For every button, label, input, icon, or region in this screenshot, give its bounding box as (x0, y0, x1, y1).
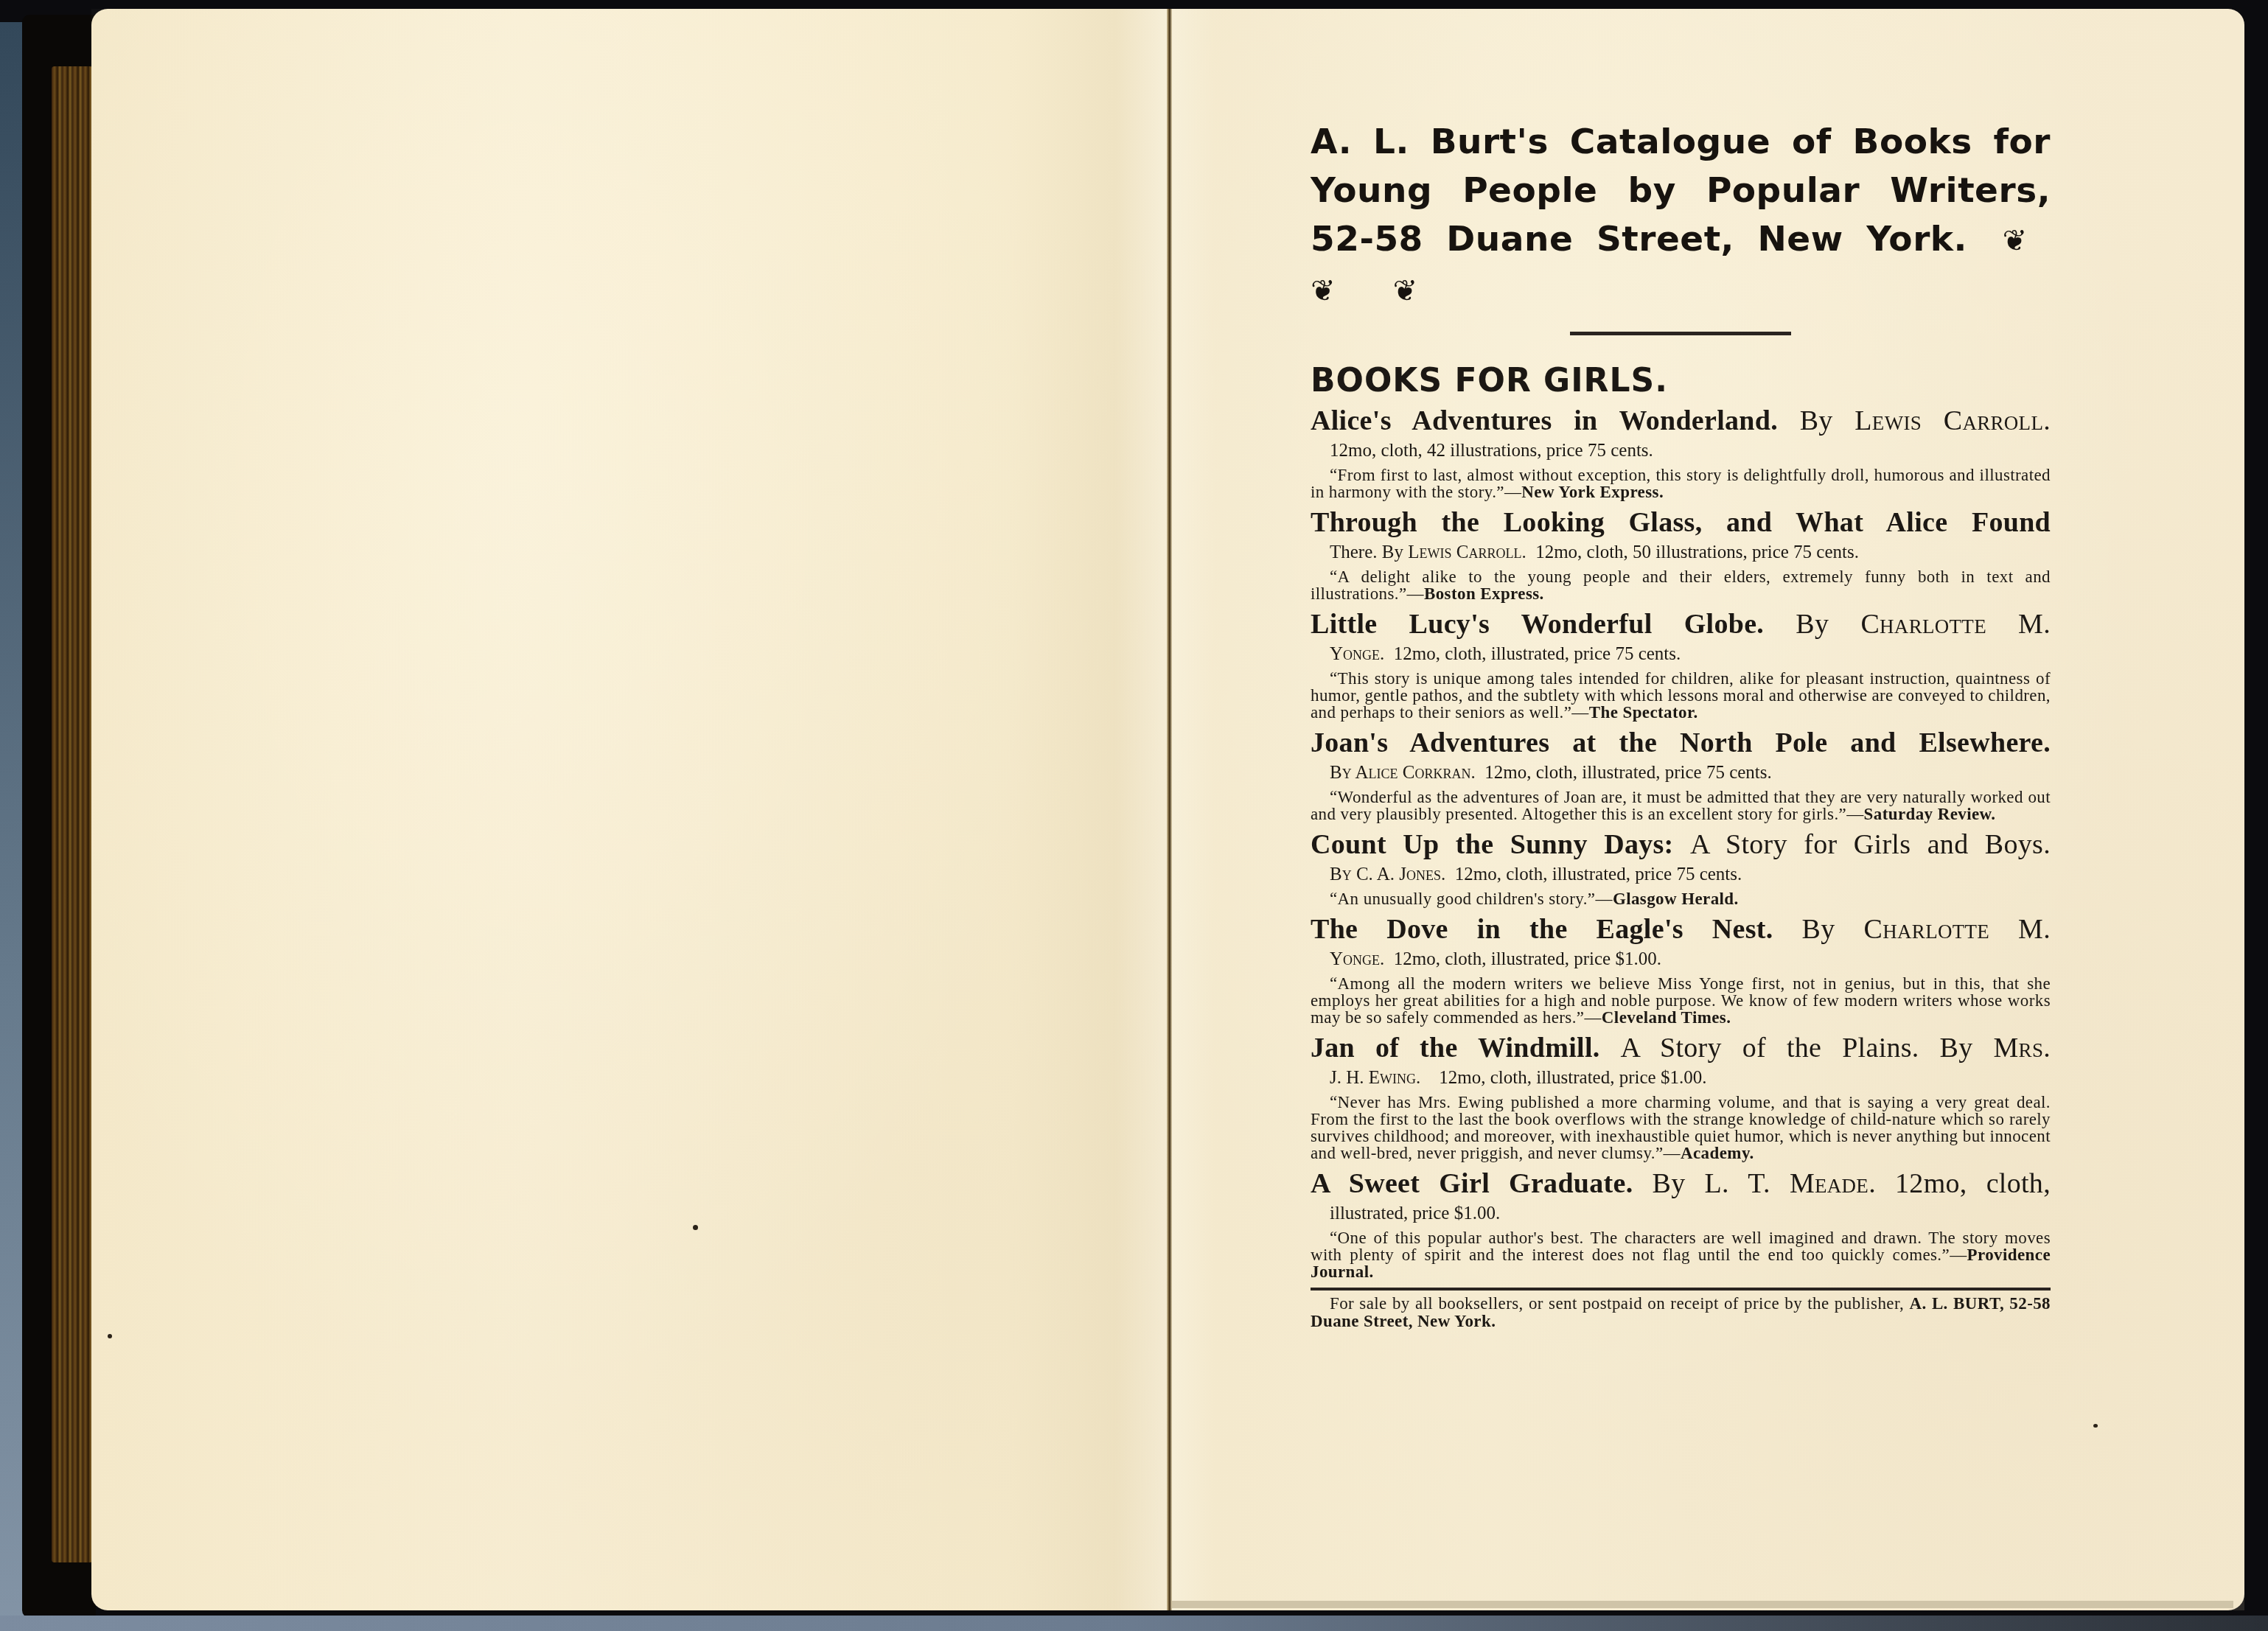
book-review: “This story is unique among tales intend… (1311, 670, 2051, 721)
book-title-line: Through the Looking Glass, and What Alic… (1311, 505, 2051, 540)
catalogue-title-text: A. L. Burt's Catalogue of Books for Youn… (1311, 122, 2051, 259)
book-title: The Dove in the Eagle's Nest. (1311, 914, 1773, 945)
book-title: A Sweet Girl Graduate. (1311, 1168, 1633, 1199)
book-title-line: Count Up the Sunny Days: A Story for Gir… (1311, 827, 2051, 862)
book-subtitle: A Story of the Plains. (1620, 1033, 1919, 1064)
author-name: Yonge. (1330, 644, 1384, 664)
details-text: 12mo, cloth, illustrated, price 75 cents… (1484, 763, 1772, 783)
details-text: 12mo, cloth, illustrated, price $1.00. (1439, 1068, 1706, 1088)
book-entry: Joan's Adventures at the North Pole and … (1311, 725, 2051, 823)
review-text: “A delight alike to the young people and… (1311, 567, 2051, 603)
review-source: Academy. (1681, 1144, 1754, 1162)
byline: By L. T. Meade. (1653, 1168, 1876, 1199)
details-prefix: There. By (1330, 542, 1403, 562)
book-details: J. H. Ewing. 12mo, cloth, illustrated, p… (1330, 1066, 2051, 1091)
review-source: Saturday Review. (1864, 805, 1996, 823)
author-name: J. H. Ewing. (1330, 1068, 1420, 1088)
author-name: Yonge. (1330, 949, 1384, 969)
byline: By Mrs. (1940, 1033, 2051, 1064)
author-name: L. T. Meade. (1705, 1168, 1876, 1199)
author-name: By Alice Corkran. (1330, 763, 1476, 783)
publisher-footer: For sale by all booksellers, or sent pos… (1311, 1295, 2051, 1330)
book-title: Alice's Adventures in Wonderland. (1311, 405, 1778, 436)
author-name: Lewis Carroll. (1408, 542, 1526, 562)
book-details: Yonge. 12mo, cloth, illustrated, price 7… (1330, 642, 2051, 667)
book-entry: A Sweet Girl Graduate. By L. T. Meade. 1… (1311, 1166, 2051, 1280)
book-entry: Jan of the Windmill. A Story of the Plai… (1311, 1030, 2051, 1162)
book-entry: Little Lucy's Wonderful Globe. By Charlo… (1311, 607, 2051, 721)
book-title: Jan of the Windmill. (1311, 1033, 1600, 1064)
book-review: “A delight alike to the young people and… (1311, 568, 2051, 602)
byline: By Charlotte M. (1796, 609, 2051, 640)
details-lead: 12mo, cloth, (1895, 1168, 2051, 1199)
book-details: By Alice Corkran. 12mo, cloth, illustrat… (1330, 761, 2051, 786)
book-review: “An unusually good children's story.”—Gl… (1311, 890, 2051, 907)
footer-text: For sale by all booksellers, or sent pos… (1330, 1294, 1904, 1313)
review-source: Glasgow Herald. (1613, 890, 1739, 908)
details-text: 12mo, cloth, illustrated, price 75 cents… (1455, 865, 1742, 884)
author-name: Charlotte M. (1864, 914, 2051, 945)
book-title: Joan's Adventures at the North Pole and … (1311, 727, 2051, 758)
book-title: Through the Looking Glass, and What Alic… (1311, 507, 2051, 538)
review-text: “One of this popular author's best. The … (1311, 1229, 2051, 1264)
book-review: “From first to last, almost without exce… (1311, 467, 2051, 500)
byline-prefix: By (1940, 1033, 1973, 1064)
review-source: The Spectator. (1589, 703, 1698, 722)
section-heading: BOOKS FOR GIRLS. (1311, 362, 2051, 400)
author-name: Mrs. (1993, 1033, 2051, 1064)
footer-divider (1311, 1288, 2051, 1291)
details-text: 12mo, cloth, illustrated, price 75 cents… (1394, 644, 1681, 664)
book-details: illustrated, price $1.00. (1330, 1201, 2051, 1226)
review-source: New York Express. (1521, 483, 1664, 501)
book-review: “Wonderful as the adventures of Joan are… (1311, 789, 2051, 823)
book-title-line: Joan's Adventures at the North Pole and … (1311, 725, 2051, 761)
byline: By Charlotte M. (1802, 914, 2051, 945)
paper-speck (693, 1225, 698, 1230)
book-title: Count Up the Sunny Days: (1311, 829, 1674, 860)
details-text: 12mo, cloth, illustrated, price $1.00. (1394, 949, 1661, 969)
byline: By Lewis Carroll. (1800, 405, 2051, 436)
book-gutter (1167, 9, 1172, 1610)
book-entry: Through the Looking Glass, and What Alic… (1311, 505, 2051, 602)
book-details: Yonge. 12mo, cloth, illustrated, price $… (1330, 947, 2051, 972)
book-review: “Never has Mrs. Ewing published a more c… (1311, 1094, 2051, 1162)
book-title-line: Little Lucy's Wonderful Globe. By Charlo… (1311, 607, 2051, 642)
paper-speck (2093, 1424, 2098, 1428)
book-entry: Count Up the Sunny Days: A Story for Gir… (1311, 827, 2051, 907)
review-text: “An unusually good children's story.”— (1330, 890, 1613, 908)
book-details: By C. A. Jones. 12mo, cloth, illustrated… (1330, 862, 2051, 887)
byline-prefix: By (1653, 1168, 1686, 1199)
left-page-blank (91, 9, 1169, 1610)
author-name: Lewis Carroll. (1854, 405, 2051, 436)
byline-prefix: By (1802, 914, 1835, 945)
book-title-line: Jan of the Windmill. A Story of the Plai… (1311, 1030, 2051, 1066)
catalogue-title: A. L. Burt's Catalogue of Books for Youn… (1311, 118, 2051, 315)
catalogue-text-block: A. L. Burt's Catalogue of Books for Youn… (1311, 118, 2051, 1330)
author-name: By C. A. Jones. (1330, 865, 1445, 884)
book-title: Little Lucy's Wonderful Globe. (1311, 609, 1764, 640)
right-page-bottom-edge (1172, 1601, 2233, 1608)
byline-prefix: By (1800, 405, 1833, 436)
review-source: Boston Express. (1424, 584, 1544, 603)
book-subtitle: A Story for Girls and Boys. (1690, 829, 2051, 860)
book-title-line: Alice's Adventures in Wonderland. By Lew… (1311, 403, 2051, 439)
book-review: “One of this popular author's best. The … (1311, 1229, 2051, 1280)
author-name: Charlotte M. (1860, 609, 2051, 640)
title-divider (1570, 332, 1791, 335)
book-title-line: The Dove in the Eagle's Nest. By Charlot… (1311, 912, 2051, 947)
byline-prefix: By (1796, 609, 1829, 640)
book-details: There. By Lewis Carroll. 12mo, cloth, 50… (1330, 540, 2051, 565)
book-details: 12mo, cloth, 42 illustrations, price 75 … (1330, 439, 2051, 464)
book-review: “Among all the modern writers we believe… (1311, 975, 2051, 1026)
review-source: Cleveland Times. (1602, 1008, 1731, 1027)
review-text: “From first to last, almost without exce… (1311, 466, 2051, 501)
page-block-edges (52, 66, 93, 1562)
details-text: 12mo, cloth, 50 illustrations, price 75 … (1535, 542, 1859, 562)
book-entry: The Dove in the Eagle's Nest. By Charlot… (1311, 912, 2051, 1026)
book-title-line: A Sweet Girl Graduate. By L. T. Meade. 1… (1311, 1166, 2051, 1201)
paper-speck (108, 1334, 112, 1338)
scanner-backdrop-bottom (0, 1616, 2268, 1631)
book-entry: Alice's Adventures in Wonderland. By Lew… (1311, 403, 2051, 500)
